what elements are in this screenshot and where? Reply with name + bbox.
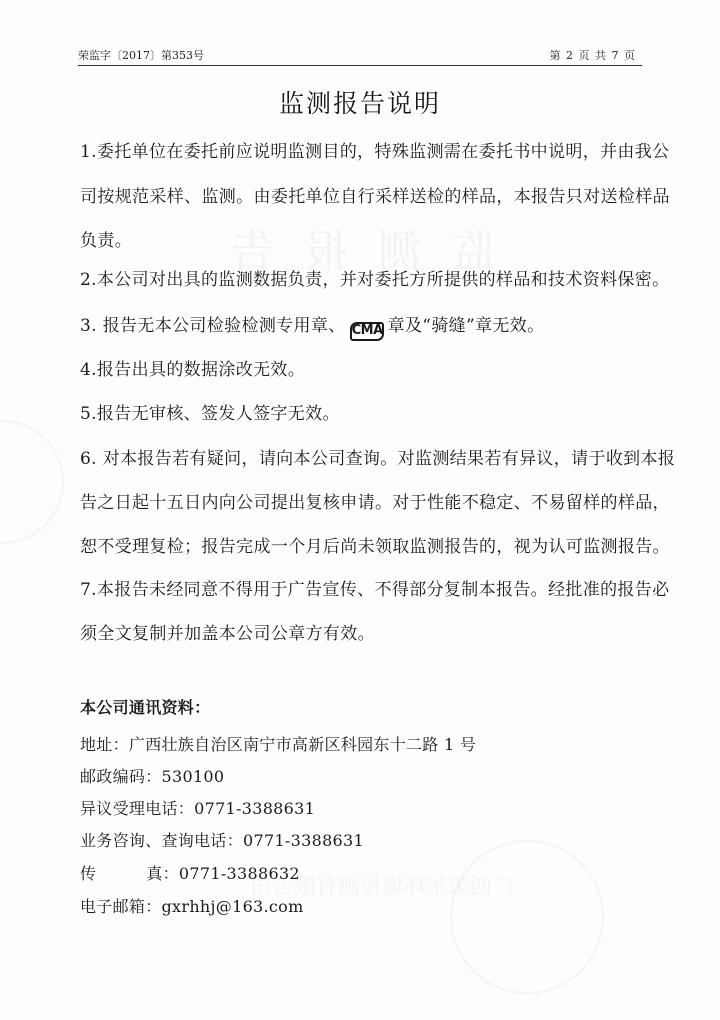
item-4: 4.报告出具的数据涂改无效。 xyxy=(80,355,305,380)
document-page: 监测报告 广西荣华环境检测有限公司 荣监字〔2017〕第353号 第 2 页 共… xyxy=(0,0,720,1020)
page-header: 荣监字〔2017〕第353号 第 2 页 共 7 页 xyxy=(78,46,642,66)
item-6-line-3: 恕不受理复检；报告完成一个月后尚未领取监测报告的，视为认可监测报告。 xyxy=(80,532,670,557)
item-6-line-1: 6. 对本报告若有疑问，请向本公司查询。对监测结果若有异议，请于收到本报 xyxy=(80,444,675,469)
bleed-through-stamp xyxy=(0,420,64,544)
item-6-line-2: 告之日起十五日内向公司提出复核申请。对于性能不稳定、不易留样的样品， xyxy=(80,488,670,513)
item-1-line-1: 1.委托单位在委托前应说明监测目的，特殊监测需在委托书中说明，并由我公 xyxy=(80,137,669,162)
item-7-line-2: 须全文复制并加盖本公司公章方有效。 xyxy=(80,619,375,644)
document-number: 荣监字〔2017〕第353号 xyxy=(78,47,204,63)
contact-objection-phone: 异议受理电话：0771-3388631 xyxy=(80,796,315,819)
contact-email: 电子邮箱：gxrhhj@163.com xyxy=(80,894,304,917)
item-1-line-2: 司按规范采样、监测。由委托单位自行采样送检的样品，本报告只对送检样品 xyxy=(80,182,670,207)
contact-fax: 传真：0771-3388632 xyxy=(80,861,300,884)
item-7-line-1: 7.本报告未经同意不得用于广告宣传、不得部分复制本报告。经批准的报告必 xyxy=(80,575,669,600)
email-address: gxrhhj@163.com xyxy=(162,897,304,916)
contact-heading: 本公司通讯资料： xyxy=(80,695,210,718)
cma-logo-icon: CMA xyxy=(350,322,384,341)
item-1-line-3: 负责。 xyxy=(80,226,132,251)
item-5: 5.报告无审核、签发人签字无效。 xyxy=(80,399,340,424)
bleed-through-stamp xyxy=(450,840,604,994)
contact-postcode: 邮政编码：530100 xyxy=(80,764,224,787)
item-3: 3. 报告无本公司检验检测专用章、CMA章及“骑缝”章无效。 xyxy=(80,311,544,341)
page-title: 监测报告说明 xyxy=(0,84,720,120)
page-number: 第 2 页 共 7 页 xyxy=(550,47,636,63)
item-2: 2.本公司对出具的监测数据负责，并对委托方所提供的样品和技术资料保密。 xyxy=(80,265,669,290)
contact-inquiry-phone: 业务咨询、查询电话：0771-3388631 xyxy=(80,828,364,851)
contact-address: 地址：广西壮族自治区南宁市高新区科园东十二路 1 号 xyxy=(80,732,476,755)
